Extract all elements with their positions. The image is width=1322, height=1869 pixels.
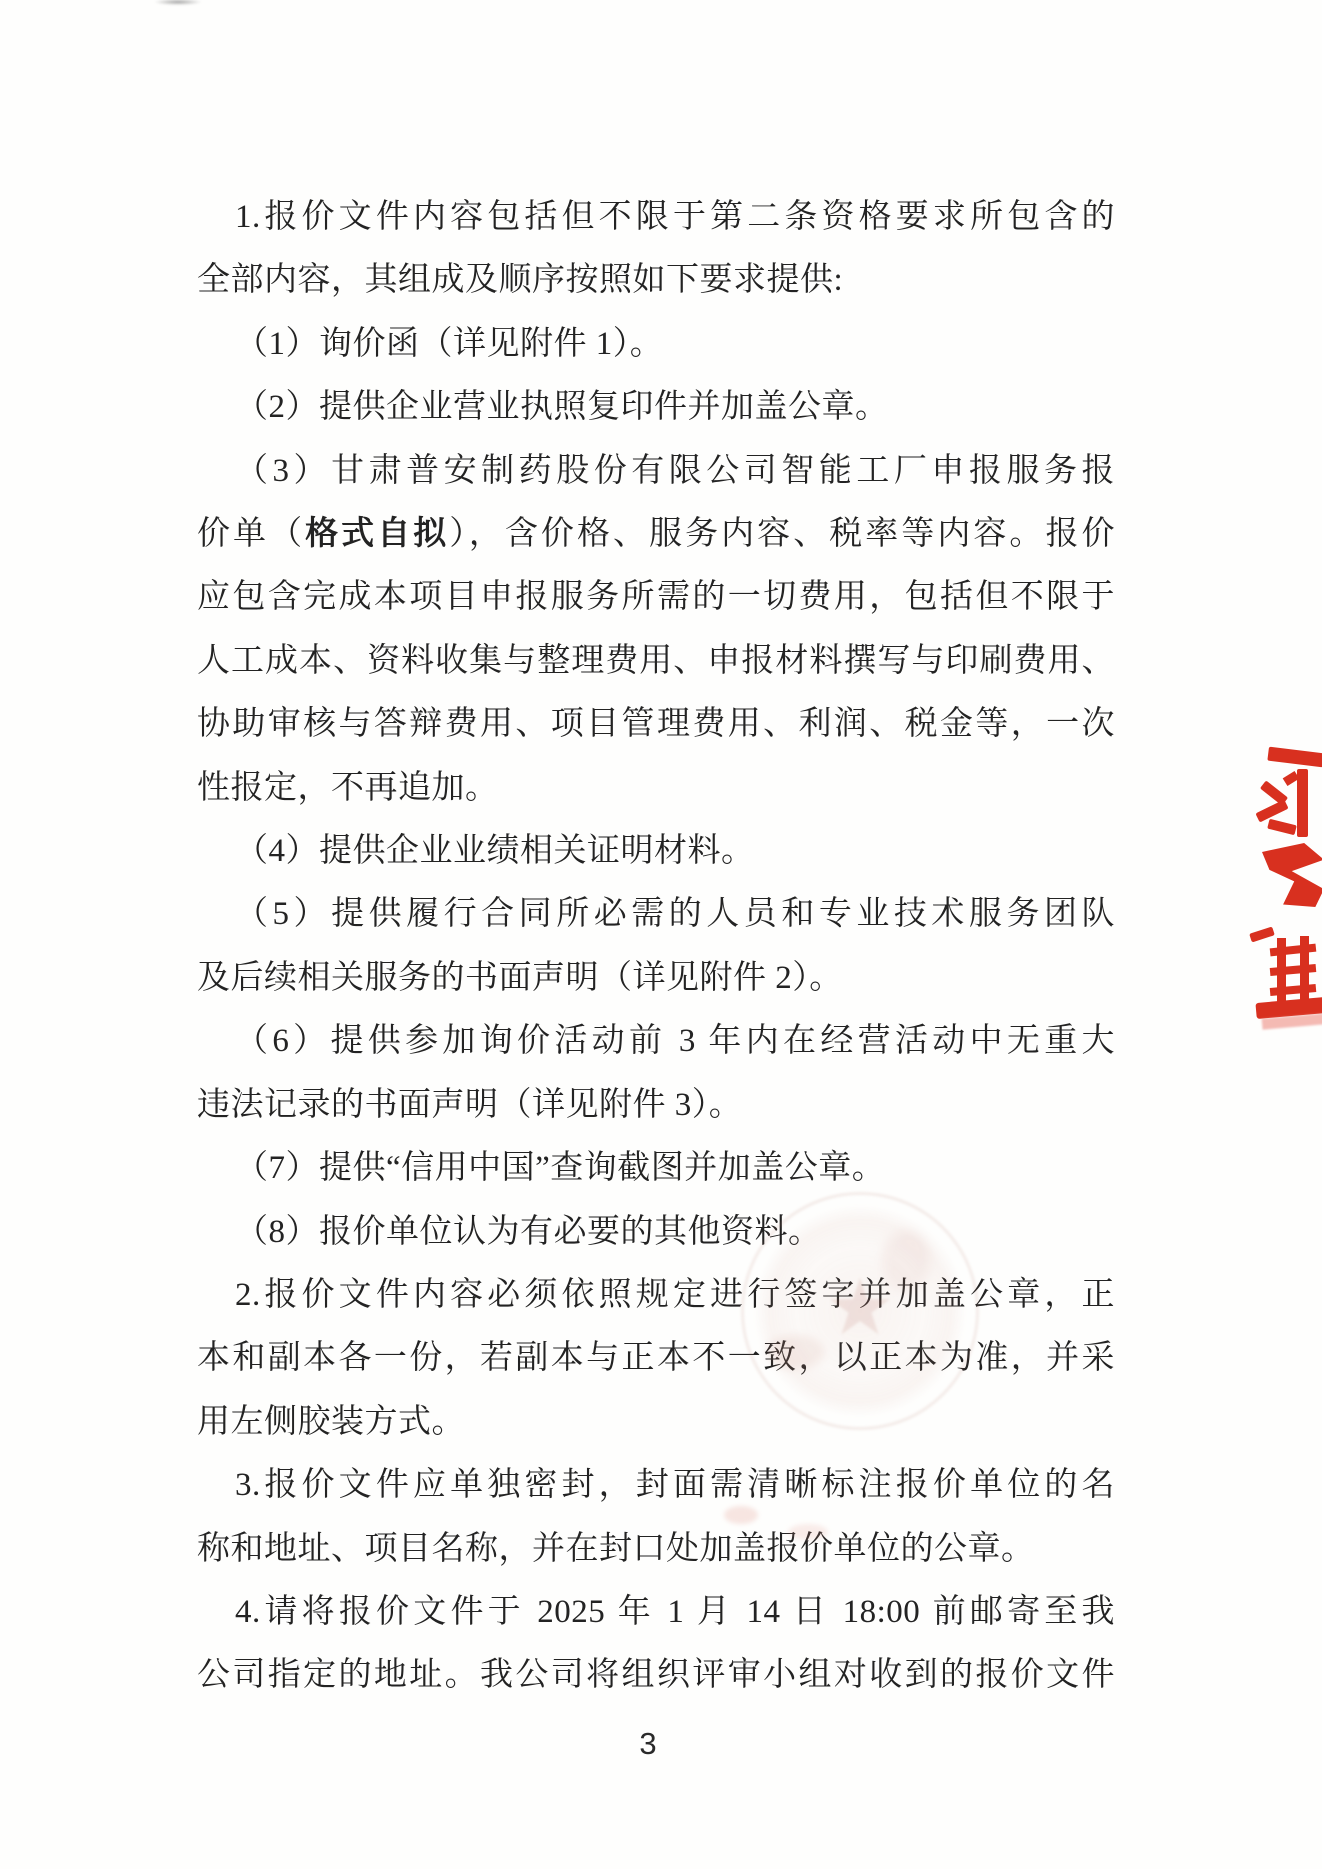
document-body: 1.报价文件内容包括但不限于第二条资格要求所包含的 全部内容，其组成及顺序按照如… (197, 186, 1115, 1708)
doc-line: （5）提供履行合同所必需的人员和专业技术服务团队 (197, 883, 1115, 946)
doc-line: 协助审核与答辩费用、项目管理费用、利润、税金等，一次 (197, 693, 1115, 756)
seal-blot (882, 1231, 930, 1291)
doc-line: （7）提供“信用中国”查询截图并加盖公章。 (197, 1137, 1115, 1200)
doc-line: （1）询价函（详见附件 1）。 (197, 313, 1115, 376)
doc-line: （3）甘肃普安制药股份有限公司智能工厂申报服务报 (197, 440, 1115, 503)
seal-star-icon: ★ (825, 1269, 895, 1347)
document-page: 1.报价文件内容包括但不限于第二条资格要求所包含的 全部内容，其组成及顺序按照如… (0, 0, 1322, 1869)
doc-line-segment: 价单（ (197, 516, 305, 552)
doc-line: 4.请将报价文件于 2025 年 1 月 14 日 18:00 前邮寄至我 (197, 1581, 1115, 1644)
doc-line: 价单（格式自拟），含价格、服务内容、税率等内容。报价 (197, 503, 1115, 566)
doc-line-segment-bold: 格式自拟 (305, 516, 449, 552)
doc-line: 性报定，不再追加。 (197, 757, 1115, 820)
doc-line: 1.报价文件内容包括但不限于第二条资格要求所包含的 (197, 186, 1115, 249)
doc-line: 公司指定的地址。我公司将组织评审小组对收到的报价文件 (197, 1644, 1115, 1707)
doc-line: （6）提供参加询价活动前 3 年内在经营活动中无重大 (197, 1010, 1115, 1073)
doc-line: 及后续相关服务的书面声明（详见附件 2）。 (197, 947, 1115, 1010)
round-seal-watermark: ★ (741, 1192, 979, 1430)
scan-smudge (148, 0, 208, 6)
red-seal-fragment-stroke (1249, 927, 1275, 943)
seal-blot (766, 1335, 824, 1369)
seal-smear (788, 1524, 828, 1540)
red-seal-fragment-stroke (1267, 747, 1322, 768)
doc-line: 3.报价文件应单独密封，封面需清晰标注报价单位的名 (197, 1454, 1115, 1517)
red-seal-fragment-chevron (1262, 843, 1322, 907)
doc-line: 本和副本各一份，若副本与正本不一致，以正本为准，并采 (197, 1327, 1115, 1390)
doc-line: （4）提供企业业绩相关证明材料。 (197, 820, 1115, 883)
doc-line: 称和地址、项目名称，并在封口处加盖报价单位的公章。 (197, 1518, 1115, 1581)
seal-smear (724, 1506, 758, 1524)
red-seal-fragment-stroke (1297, 769, 1308, 837)
doc-line: 人工成本、资料收集与整理费用、申报材料撰写与印刷费用、 (197, 630, 1115, 693)
doc-line: 用左侧胶装方式。 (197, 1391, 1115, 1454)
doc-line: （8）报价单位认为有必要的其他资料。 (197, 1201, 1115, 1264)
red-seal-fragment-stroke (1267, 819, 1297, 835)
doc-line: 违法记录的书面声明（详见附件 3）。 (197, 1074, 1115, 1137)
page-number: 3 (0, 1726, 1309, 1762)
doc-line: （2）提供企业营业执照复印件并加盖公章。 (197, 376, 1115, 439)
doc-line: 全部内容，其组成及顺序按照如下要求提供: (197, 249, 1115, 312)
doc-line-segment: ），含价格、服务内容、税率等内容。报价 (449, 516, 1115, 552)
doc-line: 应包含完成本项目申报服务所需的一切费用，包括但不限于 (197, 566, 1115, 629)
